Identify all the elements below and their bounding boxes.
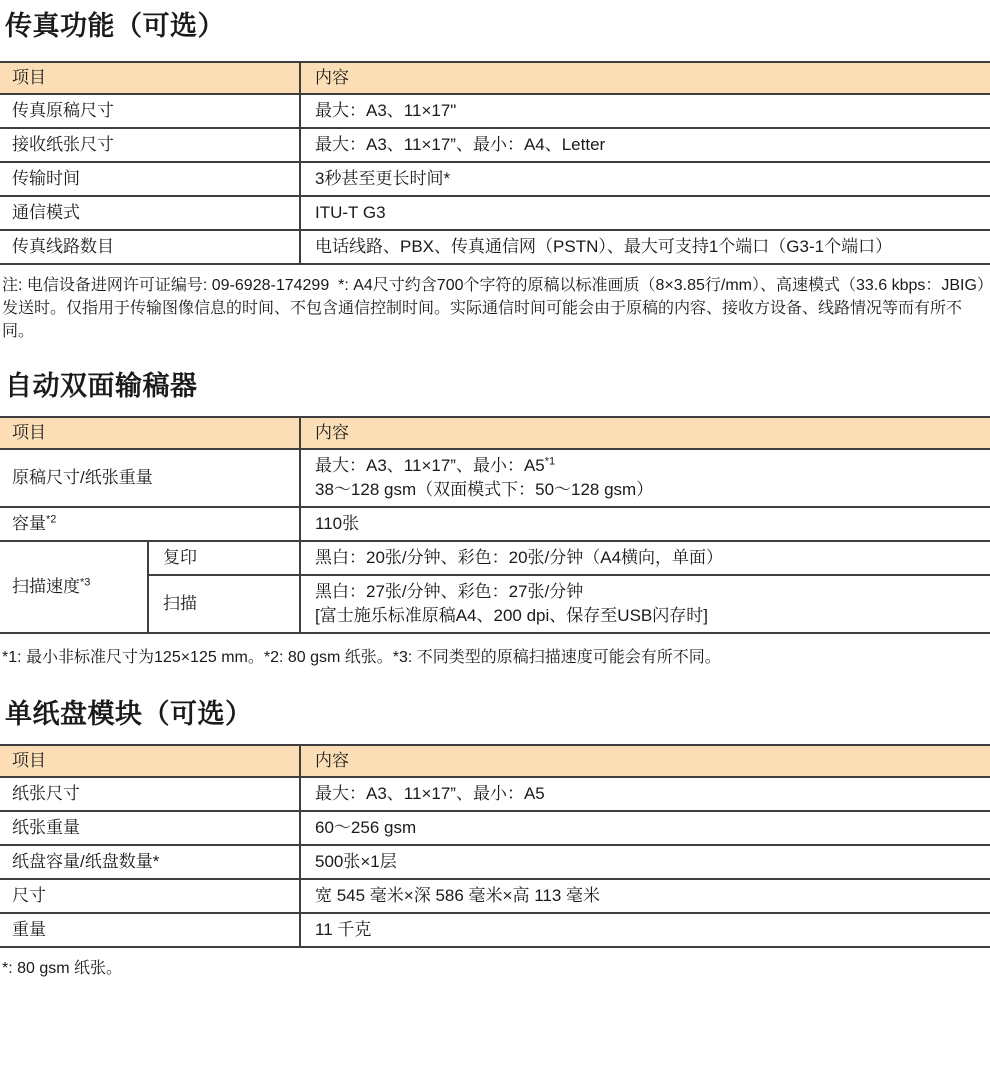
content-cell: 500张×1层 [300, 845, 990, 879]
item-cell: 容量*2 [0, 507, 300, 541]
adf-spec-table: 项目 内容 原稿尺寸/纸张重量 最大：A3、11×17”、最小：A5*1 38～… [0, 416, 990, 634]
item-cell: 传输时间 [0, 162, 300, 196]
table-row: 原稿尺寸/纸张重量 最大：A3、11×17”、最小：A5*1 38～128 gs… [0, 449, 990, 507]
item-cell: 接收纸张尺寸 [0, 128, 300, 162]
tray-footnote: *: 80 gsm 纸张。 [2, 957, 990, 980]
table-row: 传真原稿尺寸 最大：A3、11×17" [0, 94, 990, 128]
table-row: 扫描 黑白：27张/分钟、彩色：27张/分钟 [富士施乐标准原稿A4、200 d… [0, 575, 990, 633]
footnote-marker: *1 [545, 455, 555, 467]
item-cell: 通信模式 [0, 196, 300, 230]
section-title-adf: 自动双面输稿器 [5, 368, 990, 404]
item-column-header: 项目 [0, 745, 300, 777]
content-line: 38～128 gsm（双面模式下：50～128 gsm） [315, 478, 980, 502]
content-column-header: 内容 [300, 417, 990, 449]
sub-item-cell: 扫描 [148, 575, 300, 633]
table-row: 重量 11 千克 [0, 913, 990, 947]
adf-footnote: *1: 最小非标准尺寸为125×125 mm。*2: 80 gsm 纸张。*3:… [2, 646, 990, 669]
table-row: 传输时间 3秒甚至更长时间* [0, 162, 990, 196]
content-cell: 宽 545 毫米×深 586 毫米×高 113 毫米 [300, 879, 990, 913]
content-column-header: 内容 [300, 62, 990, 94]
table-row: 纸盘容量/纸盘数量* 500张×1层 [0, 845, 990, 879]
item-cell: 尺寸 [0, 879, 300, 913]
content-cell: 黑白：20张/分钟、彩色：20张/分钟（A4横向，单面） [300, 541, 990, 575]
content-cell: 最大：A3、11×17" [300, 94, 990, 128]
table-row: 尺寸 宽 545 毫米×深 586 毫米×高 113 毫米 [0, 879, 990, 913]
table-row: 纸张尺寸 最大：A3、11×17”、最小：A5 [0, 777, 990, 811]
sub-item-cell: 复印 [148, 541, 300, 575]
table-row: 扫描速度*3 复印 黑白：20张/分钟、彩色：20张/分钟（A4横向，单面） [0, 541, 990, 575]
content-column-header: 内容 [300, 745, 990, 777]
content-line: [富士施乐标准原稿A4、200 dpi、保存至USB闪存时] [315, 604, 980, 628]
section-title-fax: 传真功能（可选） [5, 0, 990, 44]
fax-footnote: 注: 电信设备进网许可证编号: 09-6928-174299 *: A4尺寸约含… [2, 274, 990, 343]
table-row: 通信模式 ITU-T G3 [0, 196, 990, 230]
footnote-marker: *3 [80, 576, 90, 588]
section-title-tray: 单纸盘模块（可选） [5, 696, 990, 732]
item-cell: 纸张尺寸 [0, 777, 300, 811]
content-cell: 11 千克 [300, 913, 990, 947]
item-cell: 传真原稿尺寸 [0, 94, 300, 128]
table-header-row: 项目 内容 [0, 62, 990, 94]
table-header-row: 项目 内容 [0, 417, 990, 449]
content-cell: 黑白：27张/分钟、彩色：27张/分钟 [富士施乐标准原稿A4、200 dpi、… [300, 575, 990, 633]
content-line: 黑白：27张/分钟、彩色：27张/分钟 [315, 580, 980, 604]
item-cell: 扫描速度*3 [0, 541, 148, 633]
item-cell: 传真线路数目 [0, 230, 300, 264]
content-cell: 最大：A3、11×17”、最小：A4、Letter [300, 128, 990, 162]
content-cell: 60～256 gsm [300, 811, 990, 845]
content-cell: 电话线路、PBX、传真通信网（PSTN）、最大可支持1个端口（G3-1个端口） [300, 230, 990, 264]
table-row: 接收纸张尺寸 最大：A3、11×17”、最小：A4、Letter [0, 128, 990, 162]
content-cell: 3秒甚至更长时间* [300, 162, 990, 196]
content-cell: 最大：A3、11×17”、最小：A5*1 38～128 gsm（双面模式下：50… [300, 449, 990, 507]
spec-document-page: 传真功能（可选） 项目 内容 传真原稿尺寸 最大：A3、11×17" 接收纸张尺… [0, 0, 990, 980]
content-line: 最大：A3、11×17”、最小：A5*1 [315, 454, 980, 478]
item-cell: 原稿尺寸/纸张重量 [0, 449, 300, 507]
table-header-row: 项目 内容 [0, 745, 990, 777]
table-row: 纸张重量 60～256 gsm [0, 811, 990, 845]
table-row: 容量*2 110张 [0, 507, 990, 541]
item-column-header: 项目 [0, 62, 300, 94]
item-column-header: 项目 [0, 417, 300, 449]
content-cell: 最大：A3、11×17”、最小：A5 [300, 777, 990, 811]
item-cell: 重量 [0, 913, 300, 947]
footnote-marker: *2 [46, 513, 56, 525]
table-row: 传真线路数目 电话线路、PBX、传真通信网（PSTN）、最大可支持1个端口（G3… [0, 230, 990, 264]
content-cell: 110张 [300, 507, 990, 541]
tray-spec-table: 项目 内容 纸张尺寸 最大：A3、11×17”、最小：A5 纸张重量 60～25… [0, 744, 990, 948]
fax-spec-table: 项目 内容 传真原稿尺寸 最大：A3、11×17" 接收纸张尺寸 最大：A3、1… [0, 61, 990, 265]
content-cell: ITU-T G3 [300, 196, 990, 230]
item-cell: 纸张重量 [0, 811, 300, 845]
item-cell: 纸盘容量/纸盘数量* [0, 845, 300, 879]
